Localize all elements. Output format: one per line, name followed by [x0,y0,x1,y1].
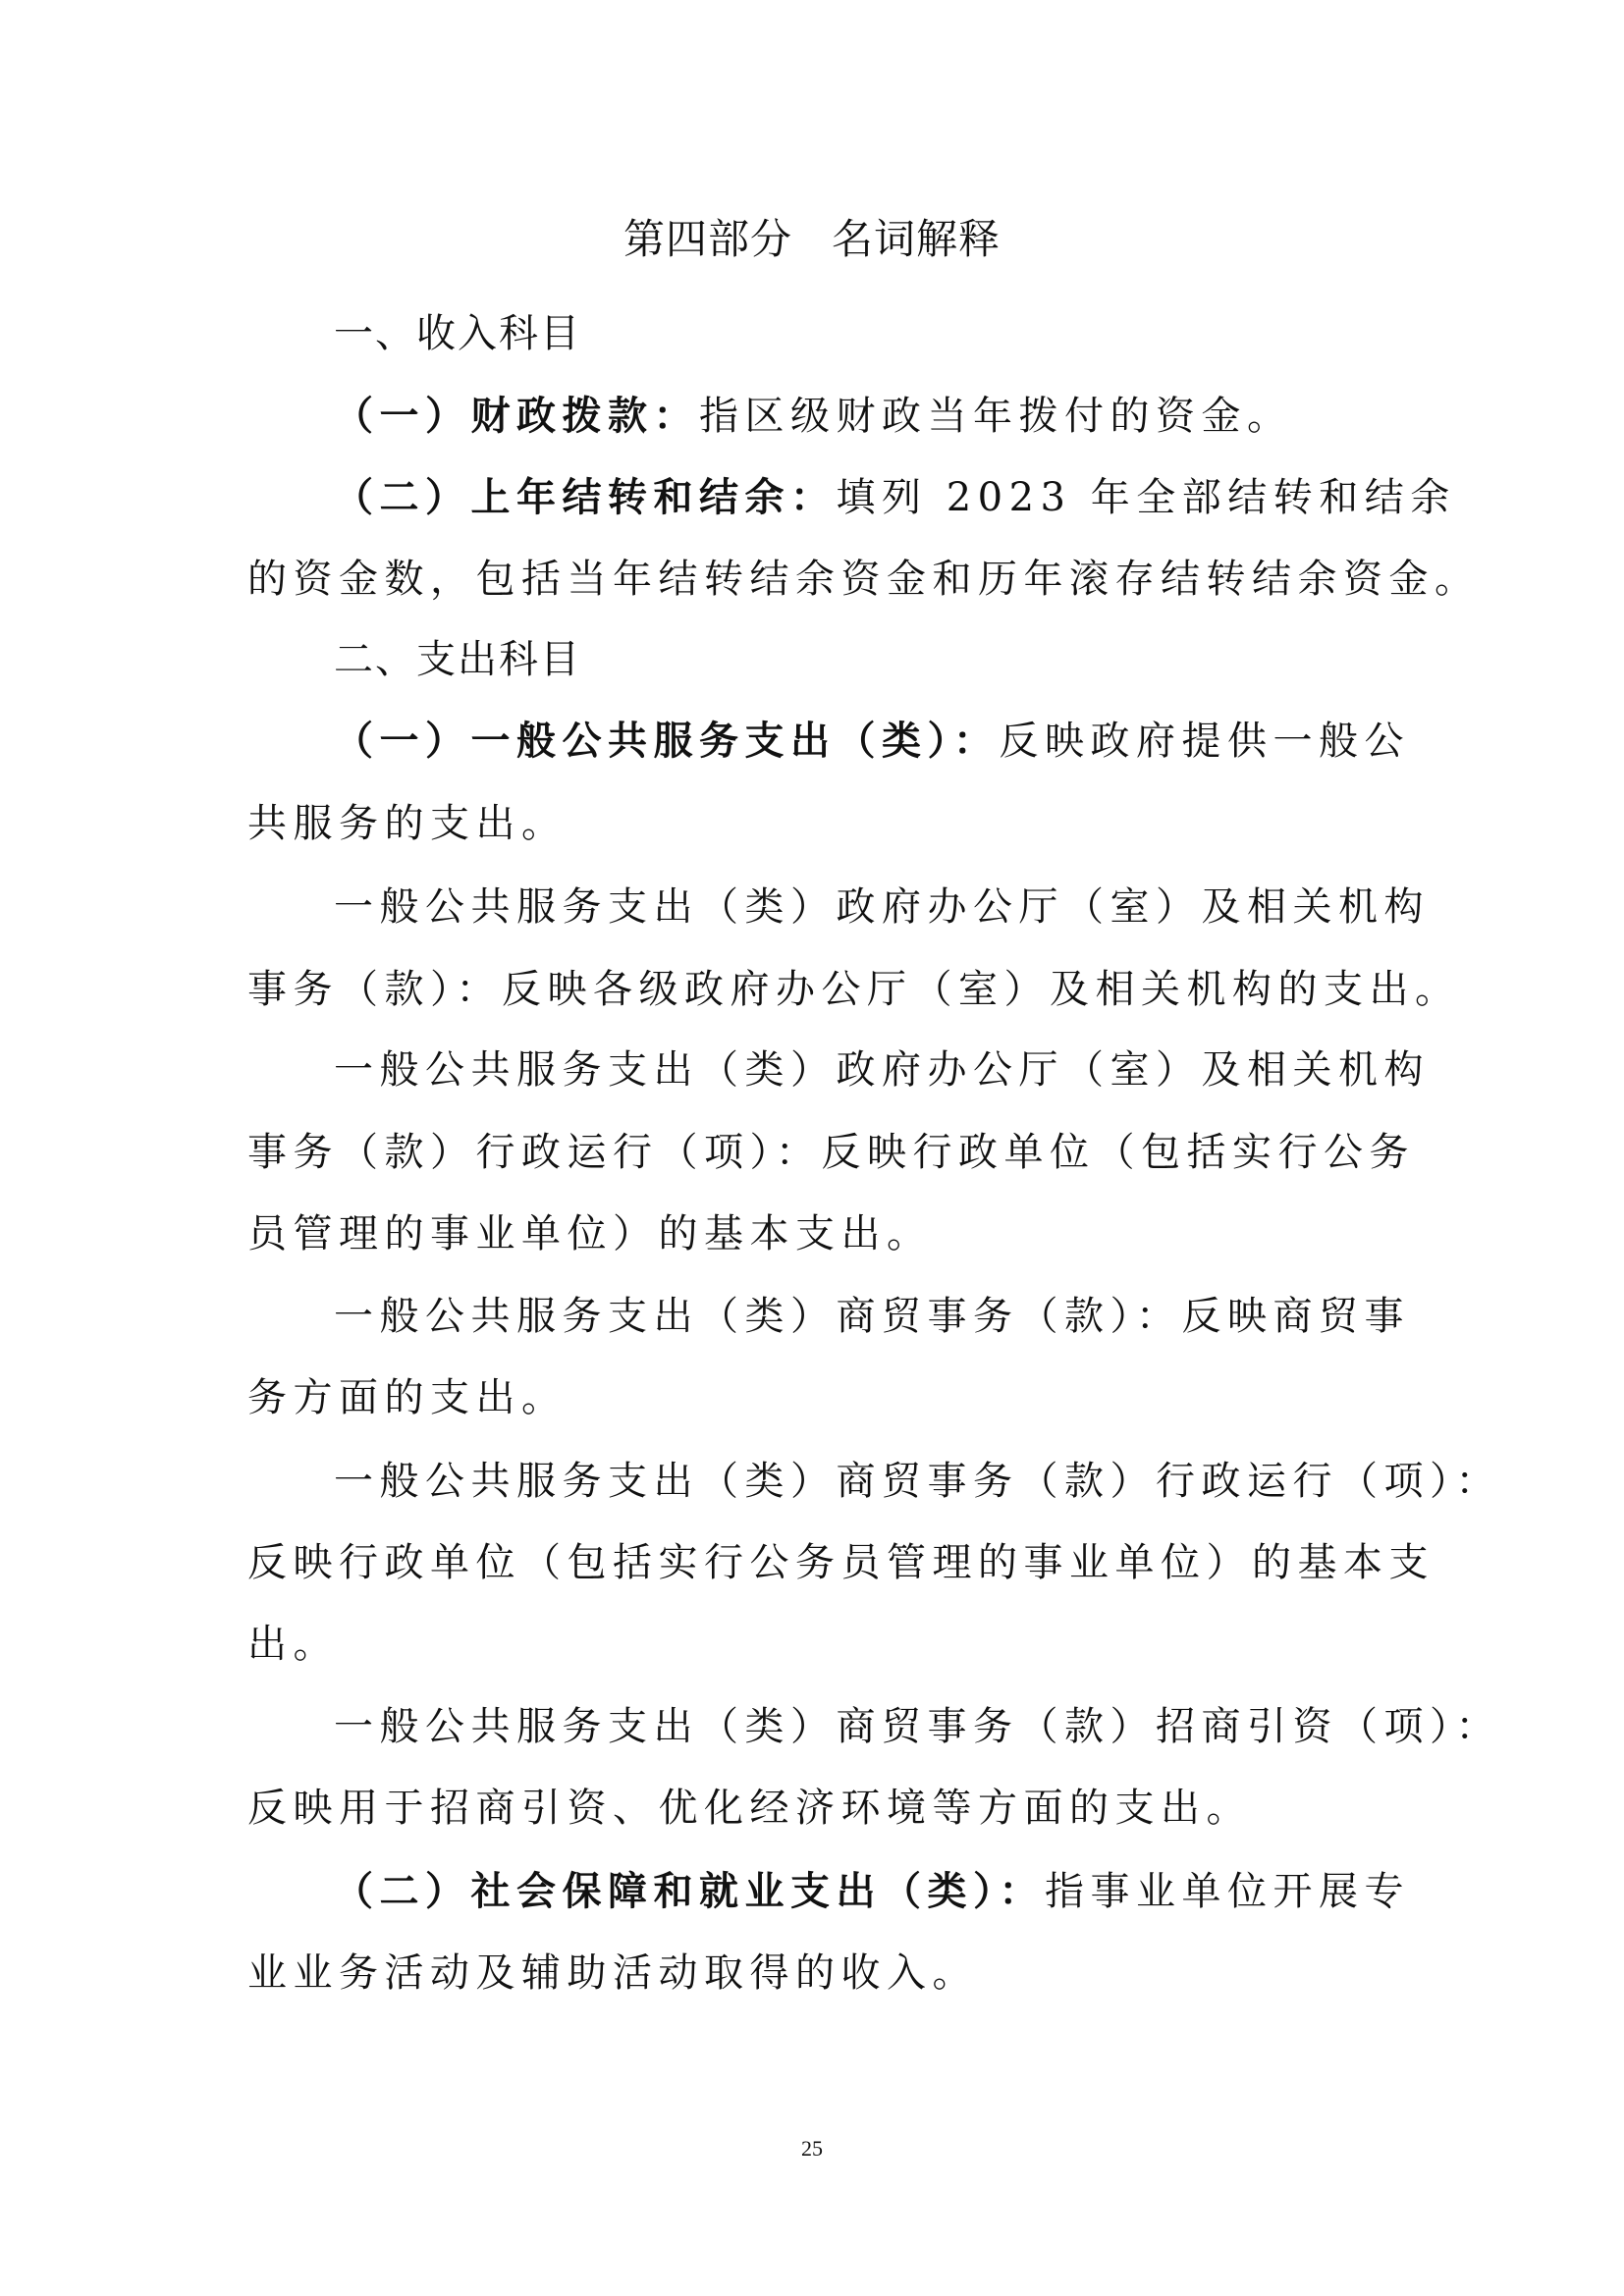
paragraph-continued: 出。 [247,1617,1386,1672]
paragraph-gov-office-affairs: 一般公共服务支出（类）政府办公厅（室）及相关机构 [334,880,1473,934]
paragraph-continued: 业业务活动及辅助活动取得的收入。 [247,1946,1386,2001]
paragraph-fiscal-appropriation: （一）财政拨款：指区级财政当年拨付的资金。 [334,389,1473,444]
paragraph-commerce-affairs: 一般公共服务支出（类）商贸事务（款）：反映商贸事 [334,1289,1473,1344]
term-definition: 指区级财政当年拨付的资金。 [699,394,1293,439]
section-heading-income: 一、收入科目 [334,306,1473,361]
term-definition: 指事业单位开展专 [1045,1869,1410,1914]
document-page: 第四部分名词解释 一、收入科目 （一）财政拨款：指区级财政当年拨付的资金。 （二… [0,0,1624,2296]
section-heading-expenditure: 二、支出科目 [334,632,1473,687]
paragraph-social-security-employment: （二）社会保障和就业支出（类）：指事业单位开展专 [334,1864,1473,1919]
paragraph-general-public-services: （一）一般公共服务支出（类）：反映政府提供一般公 [334,714,1473,769]
term-definition: 填列 2023 年全部结转和结余 [837,475,1456,520]
term-label: （二）上年结转和结余： [334,475,837,520]
paragraph-continued: 事务（款）：反映各级政府办公厅（室）及相关机构的支出。 [247,962,1386,1017]
paragraph-commerce-admin-operation: 一般公共服务支出（类）商贸事务（款）行政运行（项）： [334,1454,1473,1509]
paragraph-continued: 反映行政单位（包括实行公务员管理的事业单位）的基本支 [247,1535,1386,1590]
paragraph-carryover-continued: 的资金数，包括当年结转结余资金和历年滚存结转结余资金。 [247,552,1386,607]
paragraph-investment-promotion: 一般公共服务支出（类）商贸事务（款）招商引资（项）： [334,1699,1473,1754]
paragraph-continued: 员管理的事业单位）的基本支出。 [247,1206,1386,1261]
term-label: （一）一般公共服务支出（类）： [334,719,1000,764]
paragraph-continued: 反映用于招商引资、优化经济环境等方面的支出。 [247,1781,1386,1836]
paragraph-continued: 务方面的支出。 [247,1370,1386,1425]
term-definition: 反映政府提供一般公 [1000,719,1411,764]
page-number: 25 [0,2136,1624,2162]
term-label: （一）财政拨款： [334,394,699,439]
page-title: 第四部分名词解释 [0,210,1624,269]
title-part: 第四部分 [623,215,792,263]
term-label: （二）社会保障和就业支出（类）： [334,1869,1045,1914]
paragraph-continued: 事务（款）行政运行（项）：反映行政单位（包括实行公务 [247,1125,1386,1180]
paragraph-carryover: （二）上年结转和结余：填列 2023 年全部结转和结余 [334,470,1473,525]
paragraph-gov-office-admin-operation: 一般公共服务支出（类）政府办公厅（室）及相关机构 [334,1042,1473,1097]
title-name: 名词解释 [832,215,1001,263]
paragraph-continued: 共服务的支出。 [247,796,1386,851]
